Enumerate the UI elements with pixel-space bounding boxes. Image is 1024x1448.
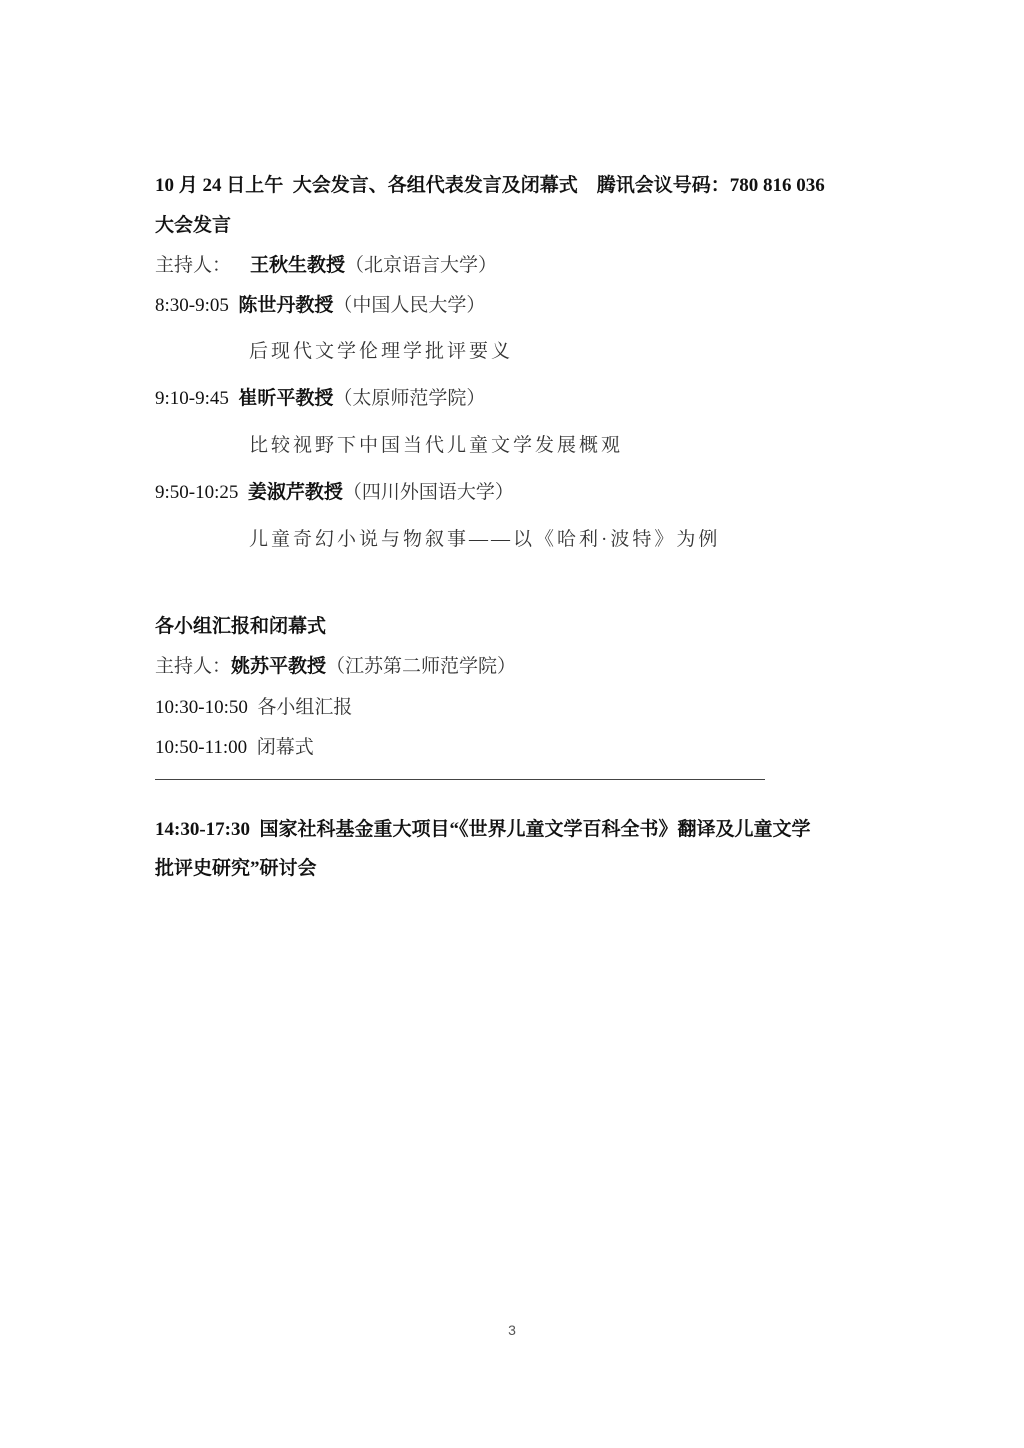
talk-row: 9:50-10:25 姜淑芹教授（四川外国语大学） (155, 481, 514, 505)
plenary-title: 大会发言 (155, 214, 231, 238)
host-label: 主持人： (155, 656, 231, 677)
header-date: 10 月 24 日上午 (155, 175, 283, 196)
meeting-id: 780 816 036 (730, 175, 825, 196)
header-title: 大会发言、各组代表发言及闭幕式 (293, 175, 578, 196)
closing-item: 10:30-10:50 各小组汇报 (155, 696, 352, 720)
closing-host: 主持人：姚苏平教授（江苏第二师范学院） (155, 655, 516, 679)
host-label: 主持人： (155, 255, 231, 276)
closing-item: 10:50-11:00 闭幕式 (155, 736, 314, 760)
afternoon-time: 14:30-17:30 (155, 819, 250, 840)
talk-speaker: 姜淑芹教授 (248, 482, 343, 503)
afternoon-line-1: 14:30-17:30 国家社科基金重大项目“《世界儿童文学百科全书》翻译及儿童… (155, 818, 811, 842)
talk-speaker: 陈世丹教授 (238, 295, 333, 316)
closing-title: 各小组汇报和闭幕式 (155, 615, 326, 639)
talk-row: 8:30-9:05 陈世丹教授（中国人民大学） (155, 294, 485, 318)
item-label: 各小组汇报 (257, 697, 352, 718)
talk-time: 8:30-9:05 (155, 295, 229, 316)
host-name: 姚苏平教授 (231, 656, 326, 677)
item-label: 闭幕式 (257, 737, 314, 758)
page-number: 3 (0, 1322, 1024, 1338)
talk-affiliation: （太原师范学院） (333, 388, 485, 409)
afternoon-title-2: 批评史研究”研讨会 (155, 857, 317, 881)
item-time: 10:30-10:50 (155, 697, 248, 718)
plenary-host: 主持人： 王秋生教授（北京语言大学） (155, 254, 497, 278)
item-time: 10:50-11:00 (155, 737, 247, 758)
section-divider (155, 779, 765, 780)
document-page: 10 月 24 日上午 大会发言、各组代表发言及闭幕式 腾讯会议号码：780 8… (0, 0, 1024, 1448)
talk-speaker: 崔昕平教授 (238, 388, 333, 409)
afternoon-title-1: 国家社科基金重大项目“《世界儿童文学百科全书》翻译及儿童文学 (259, 819, 810, 840)
talk-title: 儿童奇幻小说与物叙事——以《哈利·波特》为例 (249, 528, 720, 552)
talk-affiliation: （四川外国语大学） (343, 482, 514, 503)
host-affiliation: （江苏第二师范学院） (326, 656, 516, 677)
host-name: 王秋生教授 (250, 255, 345, 276)
meeting-label: 腾讯会议号码： (597, 175, 730, 196)
host-affiliation: （北京语言大学） (345, 255, 497, 276)
talk-title: 比较视野下中国当代儿童文学发展概观 (249, 434, 623, 458)
talk-time: 9:50-10:25 (155, 482, 238, 503)
talk-row: 9:10-9:45 崔昕平教授（太原师范学院） (155, 387, 485, 411)
talk-title: 后现代文学伦理学批评要义 (249, 340, 513, 364)
talk-time: 9:10-9:45 (155, 388, 229, 409)
morning-header: 10 月 24 日上午 大会发言、各组代表发言及闭幕式 腾讯会议号码：780 8… (155, 174, 825, 198)
talk-affiliation: （中国人民大学） (333, 295, 485, 316)
